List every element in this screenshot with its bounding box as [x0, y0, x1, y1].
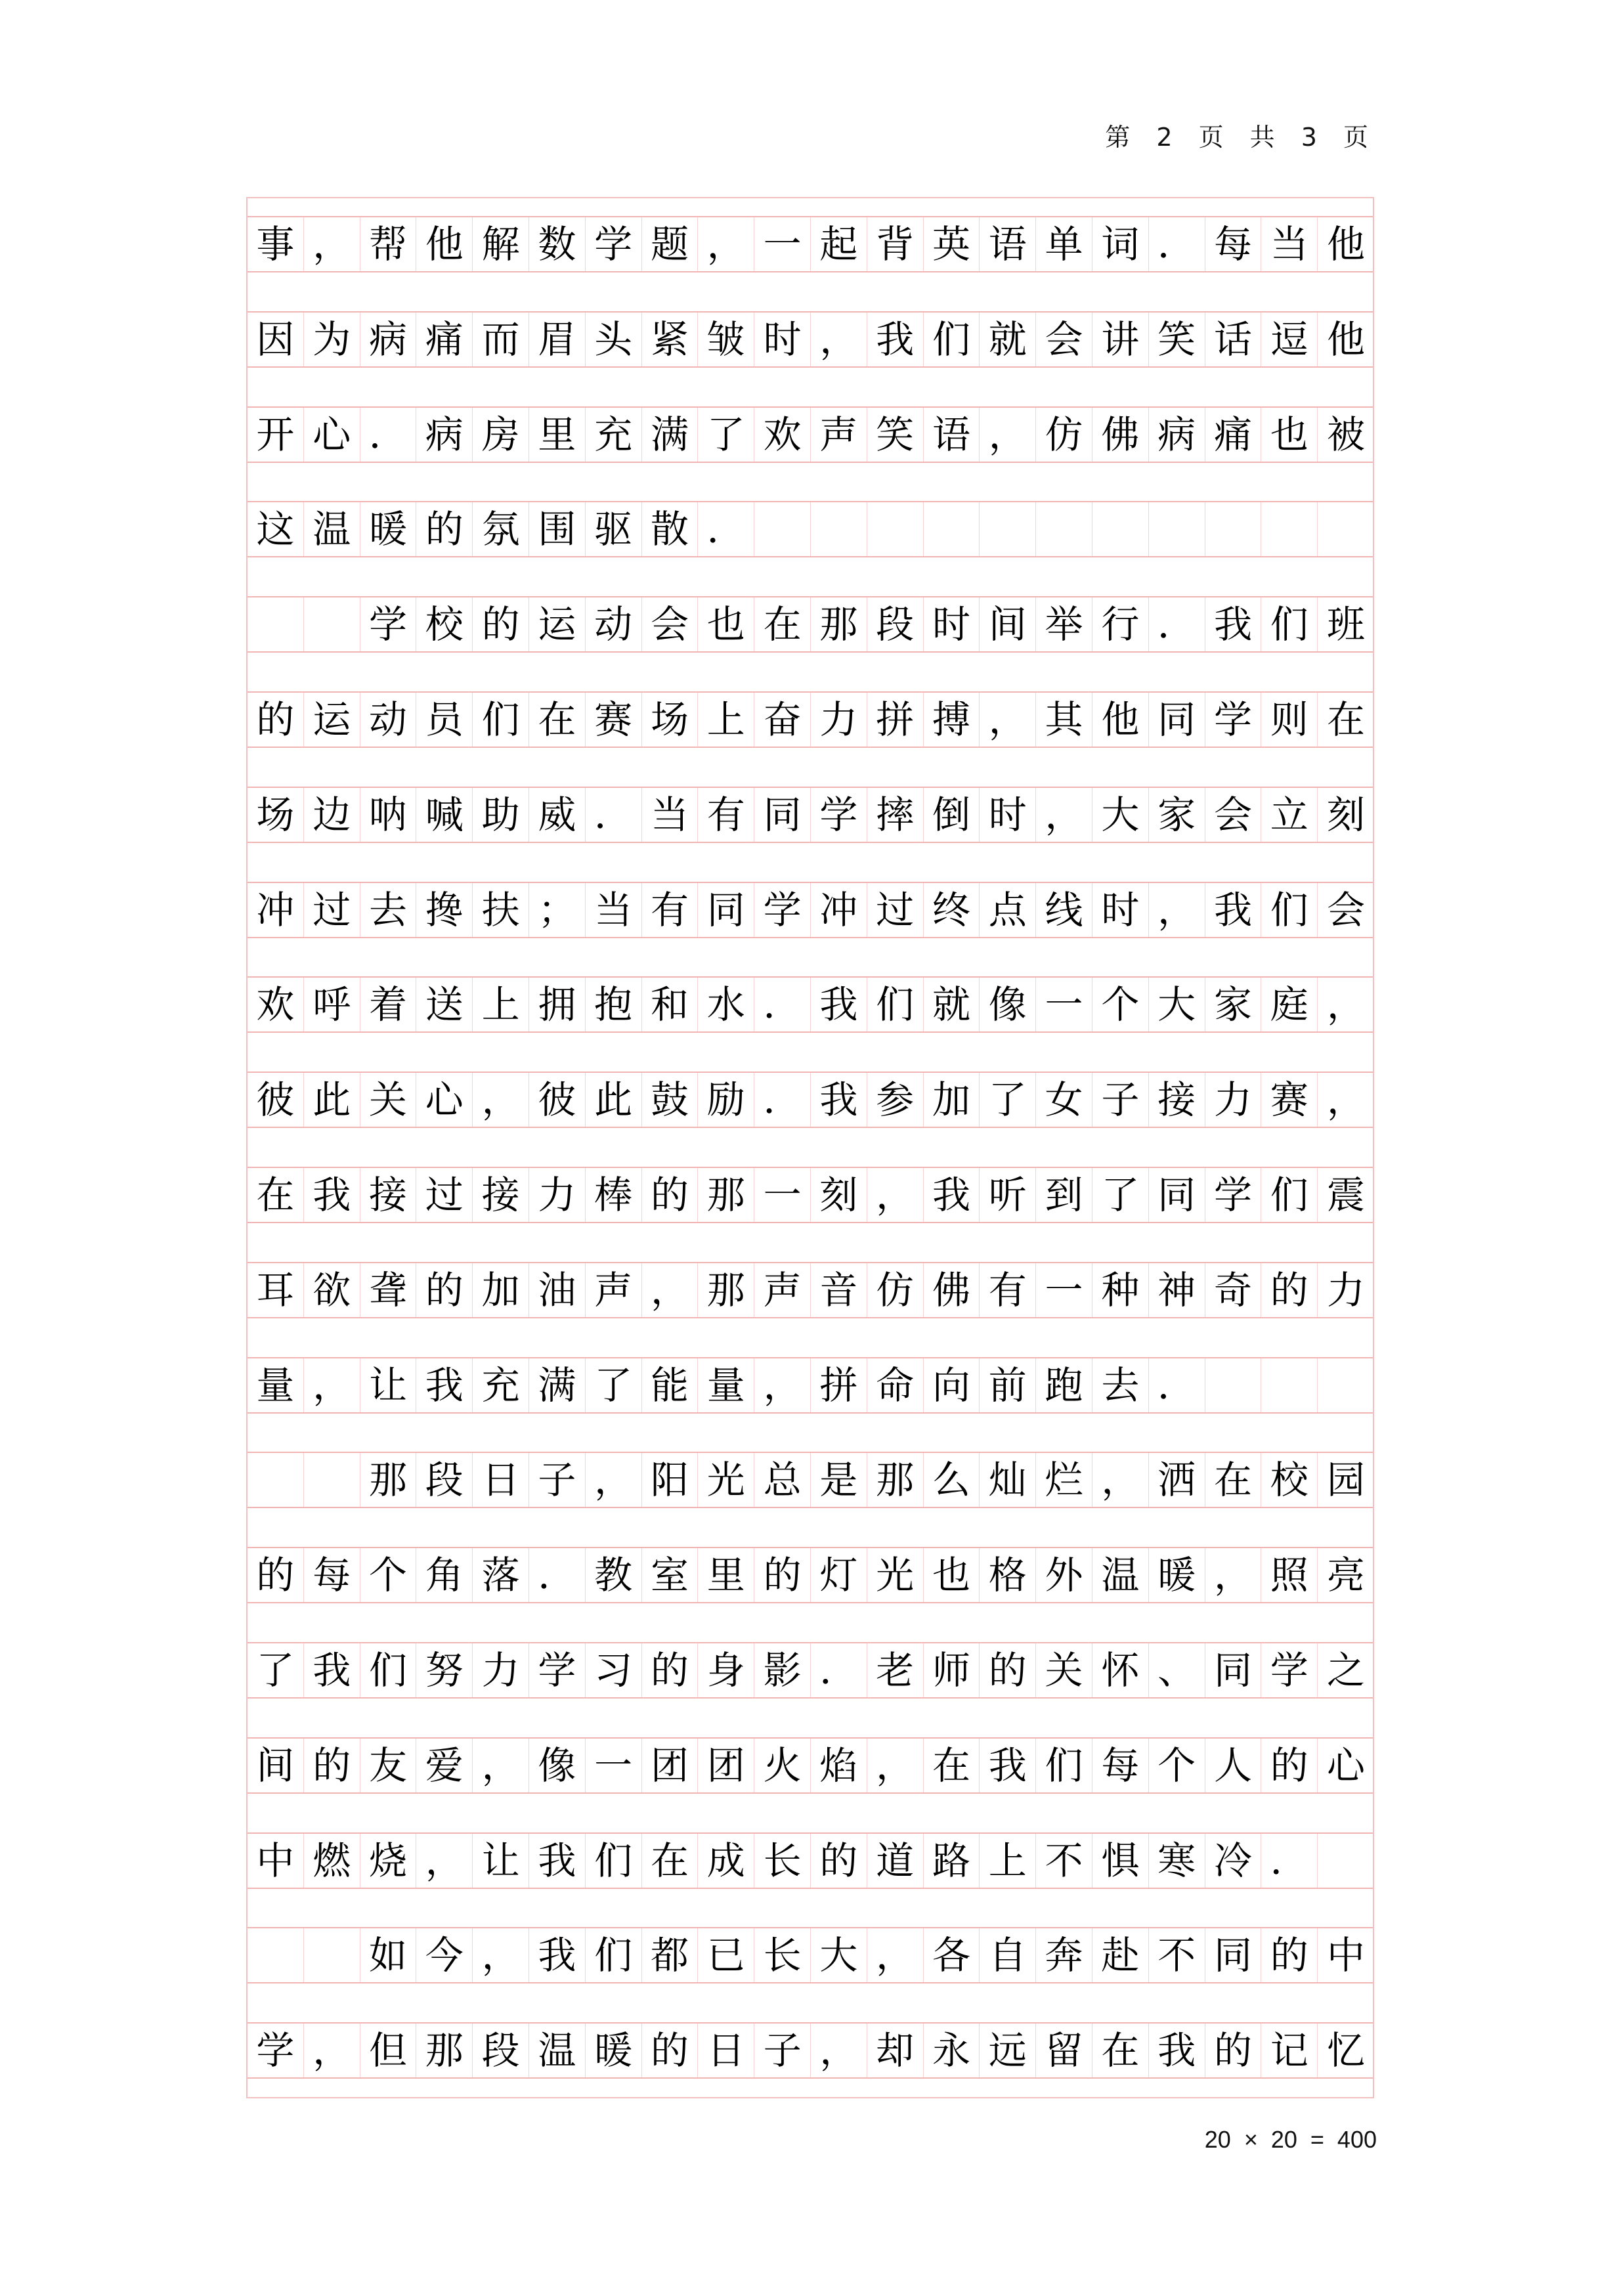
grid-cell: 的 — [980, 1643, 1036, 1697]
grid-cell: 那 — [867, 1453, 924, 1507]
grid-cell: 搏 — [924, 693, 980, 747]
grid-cell: 词 — [1092, 217, 1149, 271]
grid-cell — [811, 502, 867, 556]
grid-cell: 一 — [754, 1168, 811, 1222]
grid-cell — [867, 502, 924, 556]
grid-cell: 间 — [248, 1739, 304, 1792]
grid-cell — [304, 597, 360, 651]
grid-cell: ． — [1149, 597, 1205, 651]
grid-cell: 路 — [924, 1834, 980, 1888]
grid-cell: 人 — [1205, 1739, 1262, 1792]
grid-cell: 我 — [416, 1358, 473, 1412]
grid-cell: 温 — [1092, 1548, 1149, 1602]
grid-row: 学校的运动会也在那段时间举行．我们班 — [248, 596, 1373, 653]
grid-cell: ， — [867, 1928, 924, 1982]
grid-cell: 举 — [1036, 597, 1092, 651]
grid-cell: 充 — [586, 408, 642, 462]
grid-cell: 们 — [1261, 883, 1318, 937]
grid-cell: 身 — [698, 1643, 754, 1697]
grid-cell: 一 — [586, 1739, 642, 1792]
grid-cell: 围 — [529, 502, 586, 556]
grid-cell: 场 — [642, 693, 699, 747]
grid-cell: 单 — [1036, 217, 1092, 271]
grid-cell: 会 — [1036, 313, 1092, 366]
grid-cell: 是 — [811, 1453, 867, 1507]
grid-cell: 已 — [698, 1928, 754, 1982]
grid-cell: ， — [1205, 1548, 1262, 1602]
grid-cell: 而 — [473, 313, 529, 366]
grid-cell: 的 — [811, 1834, 867, 1888]
grid-cell: 种 — [1092, 1263, 1149, 1317]
grid-cell: 的 — [248, 1548, 304, 1602]
grid-cell: 时 — [924, 597, 980, 651]
grid-cell: 命 — [867, 1358, 924, 1412]
grid-cell: 拼 — [811, 1358, 867, 1412]
grid-cell: 温 — [529, 2024, 586, 2077]
grid-cell: 却 — [867, 2024, 924, 2077]
grid-cell: 声 — [586, 1263, 642, 1317]
grid-cell: 神 — [1149, 1263, 1205, 1317]
grid-row: 因为病痛而眉头紧皱时，我们就会讲笑话逗他 — [248, 311, 1373, 368]
grid-cell — [1261, 1358, 1318, 1412]
grid-cell: 声 — [811, 408, 867, 462]
grid-cell: ， — [980, 408, 1036, 462]
grid-row: 了我们努力学习的身影．老师的关怀、同学之 — [248, 1642, 1373, 1699]
grid-cell: 仿 — [867, 1263, 924, 1317]
grid-cell: 当 — [1261, 217, 1318, 271]
grid-cell: 们 — [1261, 1168, 1318, 1222]
grid-cell: 上 — [473, 978, 529, 1031]
grid-cell: 学 — [811, 788, 867, 842]
grid-cell: 摔 — [867, 788, 924, 842]
grid-cell: 中 — [1318, 1928, 1374, 1982]
grid-cell: 能 — [642, 1358, 699, 1412]
grid-cell: ， — [811, 2024, 867, 2077]
grid-cell: 加 — [924, 1073, 980, 1127]
grid-cell: 落 — [473, 1548, 529, 1602]
grid-cell: ， — [586, 1453, 642, 1507]
grid-cell: 影 — [754, 1643, 811, 1697]
grid-cell: 则 — [1261, 693, 1318, 747]
grid-cell: 大 — [1092, 788, 1149, 842]
grid-cell: 一 — [1036, 978, 1092, 1031]
grid-cell: 语 — [924, 408, 980, 462]
grid-cell: 让 — [360, 1358, 417, 1412]
grid-cell: ， — [416, 1834, 473, 1888]
grid-cell: 但 — [360, 2024, 417, 2077]
grid-cell: ， — [473, 1073, 529, 1127]
grid-cell: 刻 — [1318, 788, 1374, 842]
grid-cell: 充 — [473, 1358, 529, 1412]
grid-cell: 同 — [1149, 1168, 1205, 1222]
grid-cell: 总 — [754, 1453, 811, 1507]
grid-cell: 的 — [248, 693, 304, 747]
grid-cell: 学 — [586, 217, 642, 271]
grid-cell: 们 — [586, 1834, 642, 1888]
grid-cell: 暖 — [1149, 1548, 1205, 1602]
grid-cell: 病 — [360, 313, 417, 366]
grid-cell: 被 — [1318, 408, 1374, 462]
grid-cell: 们 — [1261, 597, 1318, 651]
grid-cell: 场 — [248, 788, 304, 842]
grid-cell: 赛 — [1261, 1073, 1318, 1127]
grid-cell: 学 — [754, 883, 811, 937]
grid-cell: 去 — [1092, 1358, 1149, 1412]
grid-cell: 在 — [754, 597, 811, 651]
grid-cell: 暖 — [586, 2024, 642, 2077]
grid-cell: 痛 — [416, 313, 473, 366]
grid-cell: 在 — [1092, 2024, 1149, 2077]
grid-cell: 到 — [1036, 1168, 1092, 1222]
grid-cell: 每 — [1092, 1739, 1149, 1792]
grid-cell: ， — [304, 2024, 360, 2077]
grid-cell: 照 — [1261, 1548, 1318, 1602]
grid-cell: 着 — [360, 978, 417, 1031]
grid-cell: 聋 — [360, 1263, 417, 1317]
grid-cell: 个 — [1149, 1739, 1205, 1792]
grid-cell: 学 — [529, 1643, 586, 1697]
grid-cell: 我 — [924, 1168, 980, 1222]
grid-cell: 们 — [924, 313, 980, 366]
grid-cell — [1318, 1834, 1374, 1888]
grid-cell: 行 — [1092, 597, 1149, 651]
grid-cell: ， — [1318, 978, 1374, 1031]
grid-cell: 就 — [924, 978, 980, 1031]
grid-cell: 佛 — [1092, 408, 1149, 462]
grid-cell: ， — [980, 693, 1036, 747]
grid-cell: 光 — [698, 1453, 754, 1507]
grid-cell: 不 — [1036, 1834, 1092, 1888]
grid-cell: 话 — [1205, 313, 1262, 366]
grid-cell: ， — [1092, 1453, 1149, 1507]
grid-cell: 驱 — [586, 502, 642, 556]
grid-cell: 努 — [416, 1643, 473, 1697]
grid-cell: 远 — [980, 2024, 1036, 2077]
grid-cell: 水 — [698, 978, 754, 1031]
grid-cell: 的 — [642, 1168, 699, 1222]
grid-cell: 在 — [642, 1834, 699, 1888]
grid-size-label: 20 × 20 = 400 — [1205, 2126, 1377, 2154]
grid-cell: 那 — [416, 2024, 473, 2077]
grid-cell: 抱 — [586, 978, 642, 1031]
grid-cell: 事 — [248, 217, 304, 271]
grid-row: 场边呐喊助威．当有同学摔倒时，大家会立刻 — [248, 787, 1373, 843]
grid-cell: 像 — [529, 1739, 586, 1792]
grid-row: 间的友爱，像一团团火焰，在我们每个人的心 — [248, 1737, 1373, 1794]
grid-cell: 满 — [529, 1358, 586, 1412]
grid-cell: 病 — [1149, 408, 1205, 462]
grid-cell: 那 — [811, 597, 867, 651]
grid-cell: 留 — [1036, 2024, 1092, 2077]
grid-cell: 学 — [1205, 693, 1262, 747]
grid-cell: 点 — [980, 883, 1036, 937]
grid-cell: 的 — [416, 1263, 473, 1317]
grid-cell: 习 — [586, 1643, 642, 1697]
grid-cell: 寒 — [1149, 1834, 1205, 1888]
grid-cell: 老 — [867, 1643, 924, 1697]
grid-cell — [1318, 502, 1374, 556]
grid-cell: 同 — [1205, 1643, 1262, 1697]
grid-cell: 的 — [304, 1739, 360, 1792]
grid-cell: ． — [586, 788, 642, 842]
grid-cell: 同 — [698, 883, 754, 937]
grid-cell: 关 — [360, 1073, 417, 1127]
grid-cell — [1205, 502, 1262, 556]
grid-cell: 边 — [304, 788, 360, 842]
grid-cell: 自 — [980, 1928, 1036, 1982]
grid-cell: 他 — [1092, 693, 1149, 747]
grid-cell: ， — [698, 217, 754, 271]
grid-cell: 、 — [1149, 1643, 1205, 1697]
grid-cell: 跑 — [1036, 1358, 1092, 1412]
grid-cell: 如 — [360, 1928, 417, 1982]
grid-cell: 师 — [924, 1643, 980, 1697]
grid-cell: 时 — [1092, 883, 1149, 937]
grid-cell: 之 — [1318, 1643, 1374, 1697]
grid-cell: 我 — [304, 1643, 360, 1697]
grid-cell: 忆 — [1318, 2024, 1374, 2077]
grid-cell: 同 — [754, 788, 811, 842]
writing-grid: 事，帮他解数学题，一起背英语单词．每当他因为病痛而眉头紧皱时，我们就会讲笑话逗他… — [246, 197, 1374, 2098]
grid-cell: 威 — [529, 788, 586, 842]
grid-cell: 燃 — [304, 1834, 360, 1888]
grid-cell: 仿 — [1036, 408, 1092, 462]
grid-cell — [1261, 502, 1318, 556]
grid-cell: 耳 — [248, 1263, 304, 1317]
grid-cell: 光 — [867, 1548, 924, 1602]
grid-cell: 永 — [924, 2024, 980, 2077]
grid-cell: 段 — [473, 2024, 529, 2077]
grid-cell: 我 — [867, 313, 924, 366]
grid-row: 这温暖的氛围驱散． — [248, 501, 1373, 557]
grid-cell: 他 — [1318, 313, 1374, 366]
grid-cell: 在 — [924, 1739, 980, 1792]
grid-cell: ， — [867, 1739, 924, 1792]
grid-cell: 满 — [642, 408, 699, 462]
grid-cell: 前 — [980, 1358, 1036, 1412]
grid-cell: 送 — [416, 978, 473, 1031]
grid-cell: 了 — [980, 1073, 1036, 1127]
grid-cell — [248, 1453, 304, 1507]
grid-cell: 像 — [980, 978, 1036, 1031]
grid-cell: ． — [754, 1073, 811, 1127]
grid-cell: 我 — [304, 1168, 360, 1222]
grid-cell: 成 — [698, 1834, 754, 1888]
grid-cell: 让 — [473, 1834, 529, 1888]
grid-cell: 了 — [1092, 1168, 1149, 1222]
grid-cell: 震 — [1318, 1168, 1374, 1222]
grid-cell: 里 — [698, 1548, 754, 1602]
grid-cell: 赴 — [1092, 1928, 1149, 1982]
grid-cell: 量 — [698, 1358, 754, 1412]
grid-cell: 帮 — [360, 217, 417, 271]
grid-cell — [304, 1453, 360, 1507]
grid-cell: ， — [1318, 1073, 1374, 1127]
grid-cell: 我 — [811, 1073, 867, 1127]
grid-cell: 校 — [416, 597, 473, 651]
grid-cell: 同 — [1149, 693, 1205, 747]
grid-cell: 棒 — [586, 1168, 642, 1222]
grid-cell: 英 — [924, 217, 980, 271]
grid-cell: 运 — [529, 597, 586, 651]
grid-cell: 们 — [360, 1643, 417, 1697]
grid-cell: 也 — [924, 1548, 980, 1602]
grid-cell: ， — [304, 1358, 360, 1412]
grid-cell: 线 — [1036, 883, 1092, 937]
grid-cell: 大 — [1149, 978, 1205, 1031]
grid-cell: 拥 — [529, 978, 586, 1031]
grid-cell: 灯 — [811, 1548, 867, 1602]
grid-cell: ； — [529, 883, 586, 937]
grid-row: 冲过去搀扶；当有同学冲过终点线时，我们会 — [248, 882, 1373, 938]
grid-cell: 欢 — [248, 978, 304, 1031]
grid-cell: 有 — [698, 788, 754, 842]
grid-cell: 室 — [642, 1548, 699, 1602]
grid-cell: ． — [529, 1548, 586, 1602]
grid-cell: 在 — [1318, 693, 1374, 747]
grid-cell: ． — [811, 1643, 867, 1697]
grid-cell: 冷 — [1205, 1834, 1262, 1888]
grid-cell: 量 — [248, 1358, 304, 1412]
grid-row: 开心．病房里充满了欢声笑语，仿佛病痛也被 — [248, 406, 1373, 463]
grid-cell: 头 — [586, 313, 642, 366]
grid-cell: 友 — [360, 1739, 417, 1792]
grid-row: 彼此关心，彼此鼓励．我参加了女子接力赛， — [248, 1072, 1373, 1128]
grid-cell: 怀 — [1092, 1643, 1149, 1697]
grid-cell: 接 — [360, 1168, 417, 1222]
grid-cell: 其 — [1036, 693, 1092, 747]
grid-cell: 过 — [304, 883, 360, 937]
grid-cell: 爱 — [416, 1739, 473, 1792]
grid-cell: 中 — [248, 1834, 304, 1888]
grid-cell: 也 — [698, 597, 754, 651]
grid-cell: 一 — [1036, 1263, 1092, 1317]
grid-cell — [248, 1928, 304, 1982]
grid-cell: 力 — [1318, 1263, 1374, 1317]
grid-cell: ， — [473, 1739, 529, 1792]
grid-row: 量，让我充满了能量，拼命向前跑去． — [248, 1357, 1373, 1414]
grid-cell: 们 — [867, 978, 924, 1031]
grid-cell: 接 — [1149, 1073, 1205, 1127]
grid-cell: 和 — [642, 978, 699, 1031]
grid-cell: 眉 — [529, 313, 586, 366]
grid-cell: 家 — [1205, 978, 1262, 1031]
grid-cell: 段 — [416, 1453, 473, 1507]
grid-cell: 声 — [754, 1263, 811, 1317]
grid-cell: 倒 — [924, 788, 980, 842]
grid-cell: 奇 — [1205, 1263, 1262, 1317]
grid-cell: 当 — [642, 788, 699, 842]
grid-cell: 一 — [754, 217, 811, 271]
grid-cell — [304, 1928, 360, 1982]
grid-cell: 长 — [754, 1834, 811, 1888]
grid-cell: 油 — [529, 1263, 586, 1317]
grid-cell: 团 — [642, 1739, 699, 1792]
grid-cell: 起 — [811, 217, 867, 271]
grid-cell: 今 — [416, 1928, 473, 1982]
grid-cell: ． — [754, 978, 811, 1031]
grid-cell: 笑 — [867, 408, 924, 462]
grid-cell: 也 — [1261, 408, 1318, 462]
grid-cell: 个 — [1092, 978, 1149, 1031]
grid-cell: 他 — [1318, 217, 1374, 271]
grid-cell: 同 — [1205, 1928, 1262, 1982]
grid-cell: 欢 — [754, 408, 811, 462]
grid-cell: 每 — [1205, 217, 1262, 271]
grid-cell: 学 — [248, 2024, 304, 2077]
grid-cell: 动 — [586, 597, 642, 651]
grid-cell: 心 — [416, 1073, 473, 1127]
grid-cell: 语 — [980, 217, 1036, 271]
grid-cell: 火 — [754, 1739, 811, 1792]
grid-cell: 们 — [586, 1928, 642, 1982]
grid-cell: 么 — [924, 1453, 980, 1507]
grid-cell — [1318, 1358, 1374, 1412]
grid-cell: ． — [698, 502, 754, 556]
grid-cell: 接 — [473, 1168, 529, 1222]
grid-cell: 会 — [642, 597, 699, 651]
grid-cell: 我 — [1205, 883, 1262, 937]
grid-cell: 们 — [1036, 1739, 1092, 1792]
grid-cell: 痛 — [1205, 408, 1262, 462]
grid-cell: 了 — [698, 408, 754, 462]
grid-cell — [1036, 502, 1092, 556]
grid-cell: 班 — [1318, 597, 1374, 651]
grid-cell: 励 — [698, 1073, 754, 1127]
grid-cell: 搀 — [416, 883, 473, 937]
grid-row: 的每个角落．教室里的灯光也格外温暖，照亮 — [248, 1547, 1373, 1603]
grid-cell: 逗 — [1261, 313, 1318, 366]
grid-row: 如今，我们都已长大，各自奔赴不同的中 — [248, 1927, 1373, 1983]
grid-cell: 有 — [642, 883, 699, 937]
grid-cell: 因 — [248, 313, 304, 366]
grid-cell: 过 — [867, 883, 924, 937]
grid-cell: 冲 — [811, 883, 867, 937]
grid-cell: 烧 — [360, 1834, 417, 1888]
grid-cell: 散 — [642, 502, 699, 556]
grid-cell: ， — [304, 217, 360, 271]
grid-cell: 运 — [304, 693, 360, 747]
grid-cell: ， — [642, 1263, 699, 1317]
grid-cell: ． — [1149, 217, 1205, 271]
grid-cell: 听 — [980, 1168, 1036, 1222]
grid-cell: 的 — [473, 597, 529, 651]
grid-cell — [754, 502, 811, 556]
grid-row: 的运动员们在赛场上奋力拼搏，其他同学则在 — [248, 691, 1373, 748]
grid-cell: 参 — [867, 1073, 924, 1127]
grid-cell: 每 — [304, 1548, 360, 1602]
grid-cell: 的 — [1261, 1739, 1318, 1792]
grid-cell: 日 — [473, 1453, 529, 1507]
grid-cell: 阳 — [642, 1453, 699, 1507]
grid-cell: 此 — [304, 1073, 360, 1127]
grid-row: 欢呼着送上拥抱和水．我们就像一个大家庭， — [248, 976, 1373, 1033]
grid-row: 中燃烧，让我们在成长的道路上不惧寒冷． — [248, 1832, 1373, 1889]
grid-cell: 拼 — [867, 693, 924, 747]
grid-cell: 心 — [1318, 1739, 1374, 1792]
grid-cell: 家 — [1149, 788, 1205, 842]
grid-cell: 烂 — [1036, 1453, 1092, 1507]
grid-cell: 音 — [811, 1263, 867, 1317]
grid-cell: 道 — [867, 1834, 924, 1888]
grid-cell — [248, 597, 304, 651]
grid-cell: 过 — [416, 1168, 473, 1222]
grid-cell: 时 — [754, 313, 811, 366]
grid-cell: 讲 — [1092, 313, 1149, 366]
grid-cell: 那 — [698, 1168, 754, 1222]
grid-cell: 他 — [416, 217, 473, 271]
grid-cell: 子 — [529, 1453, 586, 1507]
